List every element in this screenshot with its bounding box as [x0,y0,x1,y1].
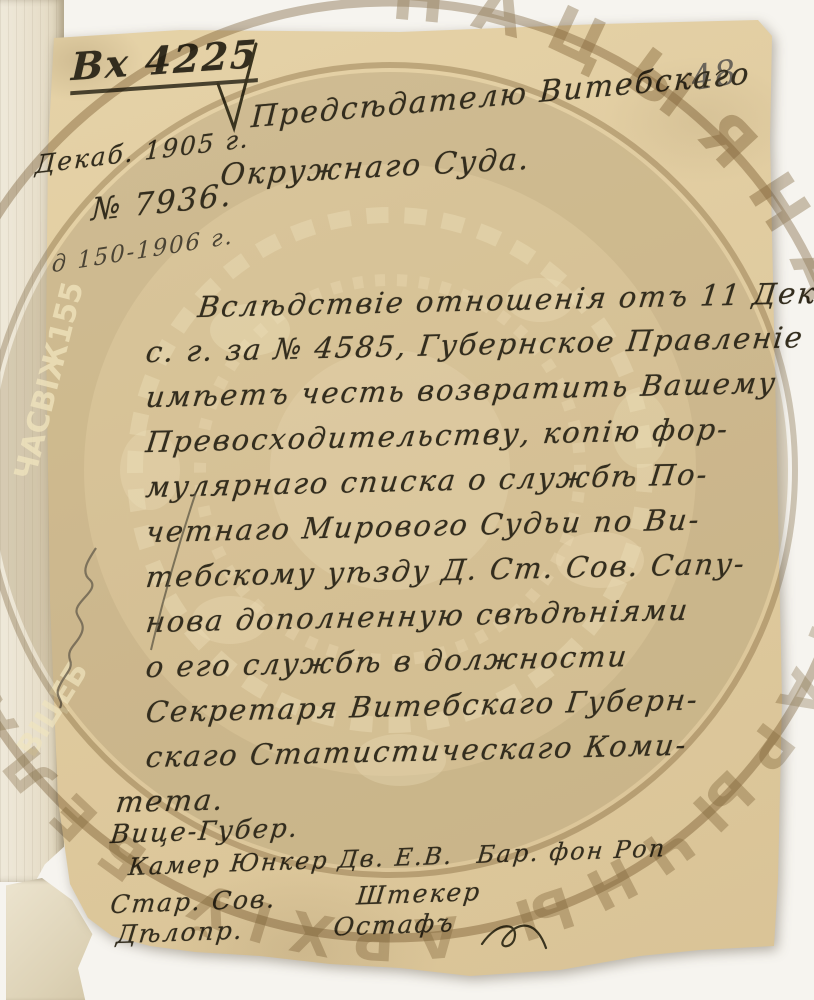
scanned-document-page: { "scan": { "registration_number": "Вх 4… [0,0,814,1000]
pencil-slash [151,492,196,650]
margin-pencil-scribble [0,0,814,1000]
